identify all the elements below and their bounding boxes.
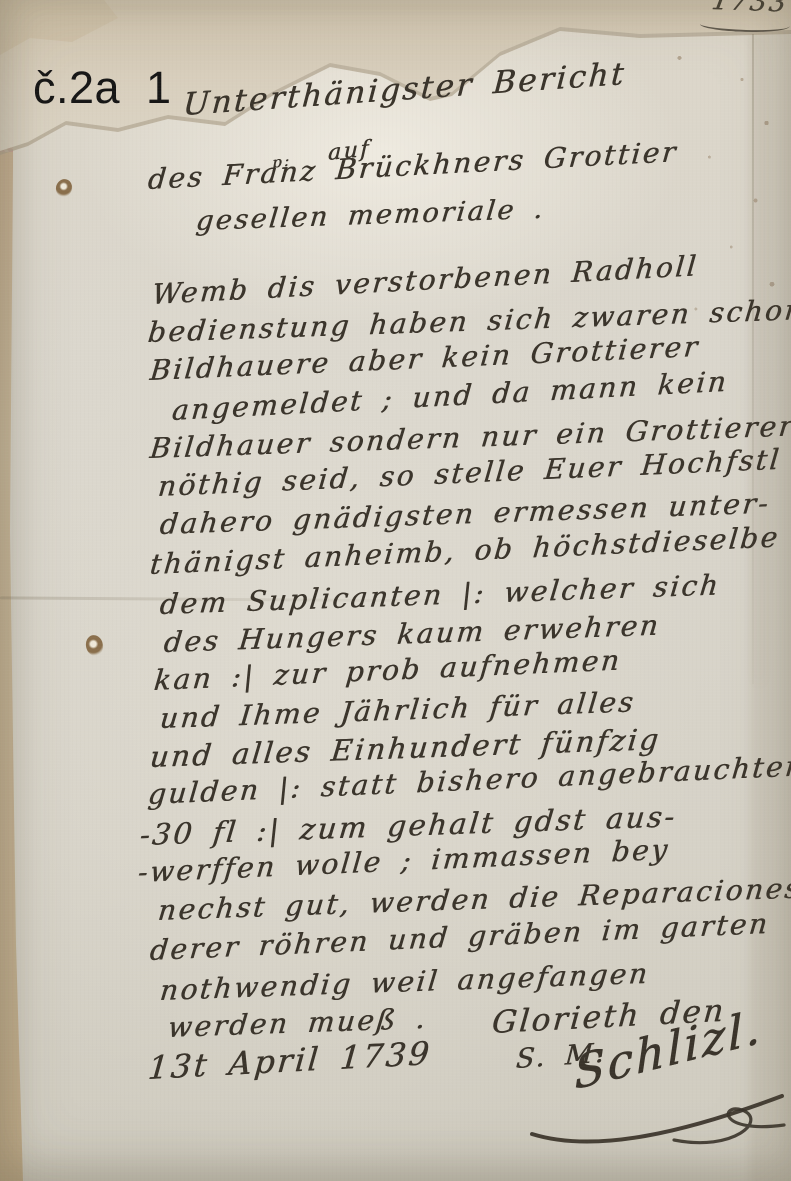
manuscript-line: 13t April 1739 (147, 1037, 433, 1084)
corner-inscription: 1733 (710, 0, 791, 17)
manuscript-body: Wemb dis verstorbenen Radhollbedienstung… (0, 0, 791, 1181)
signature-flourish-icon (526, 1070, 790, 1178)
manuscript-line: nothwendig weil angefangen (159, 960, 651, 1005)
document-photo: Unterthänigster Berichtaufp:des Franz Br… (0, 0, 791, 1181)
archival-label: č.2a 1 (33, 62, 172, 114)
